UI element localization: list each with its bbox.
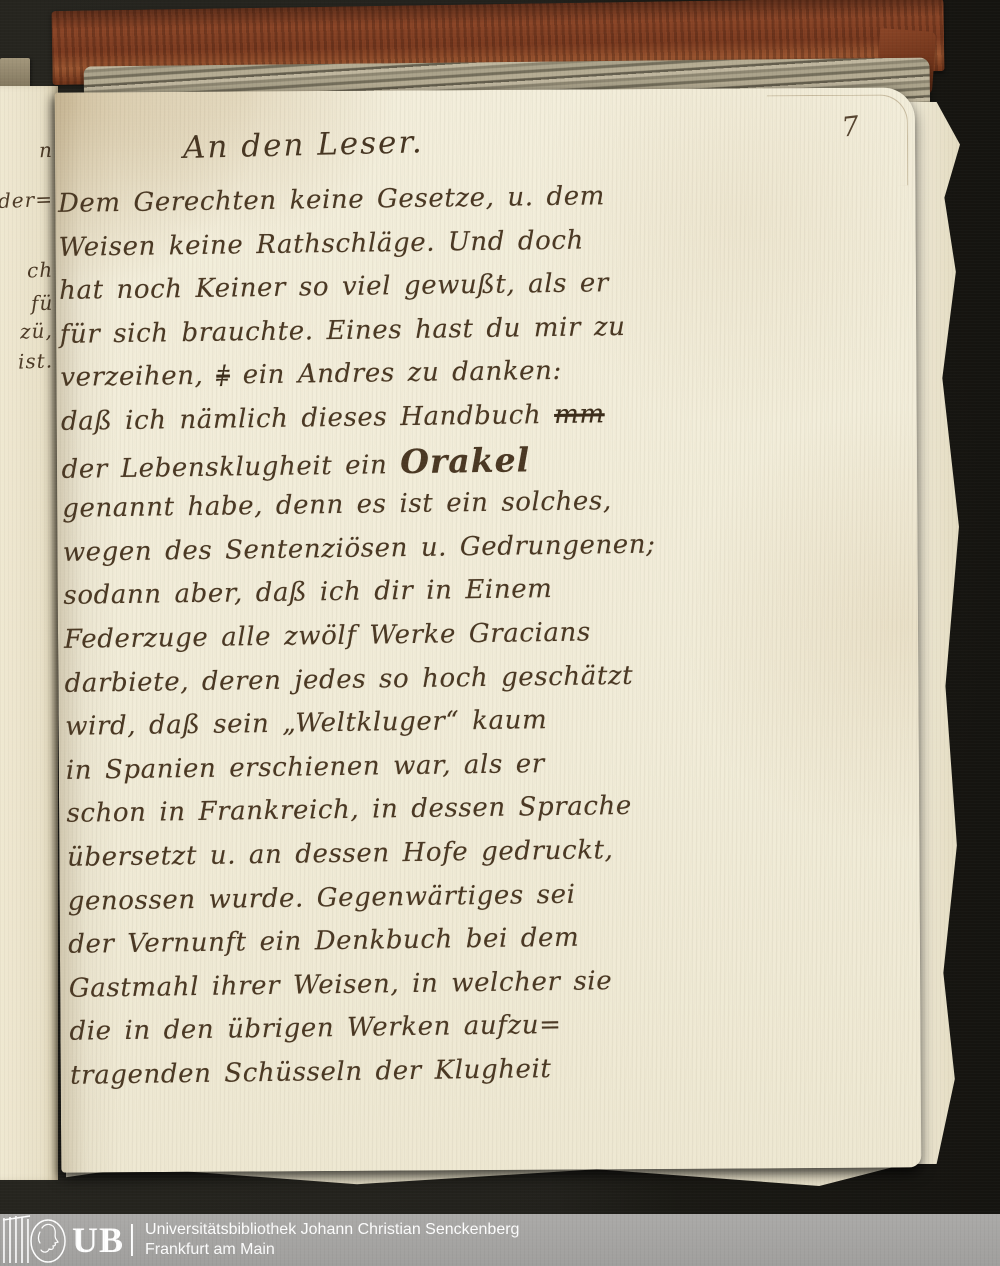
manuscript-line: die in den übrigen Werken aufzu=: [69, 1003, 640, 1055]
manuscript-line: hat noch Keiner so viel gewußt, als er: [59, 262, 630, 314]
footer-institution: Universitätsbibliothek Johann Christian …: [145, 1220, 519, 1260]
left-page-strip: nder=chfüzü,ist.: [0, 86, 58, 1180]
logo-divider: [131, 1224, 133, 1256]
left-page-fragment: fü: [30, 291, 53, 316]
manuscript-heading: An den Leser.: [183, 124, 424, 166]
page-corner-crease: [767, 94, 909, 186]
left-page-fragment: ist.: [18, 348, 54, 373]
manuscript-line: Dem Gerechten keine Gesetze, u. dem: [58, 175, 629, 227]
left-page-fragment: n: [39, 138, 54, 162]
manuscript-line: übersetzt u. an dessen Hofe gedruckt,: [67, 829, 638, 881]
left-page-fragment: zü,: [20, 318, 54, 343]
manuscript-line: schon in Frankreich, in dessen Sprache: [66, 785, 637, 837]
portrait-icon: [26, 1214, 70, 1266]
footer-bar: UB Universitätsbibliothek Johann Christi…: [0, 1214, 1000, 1266]
manuscript-line: sodann aber, daß ich dir in Einem: [63, 567, 634, 619]
page-number: 7: [840, 111, 861, 144]
manuscript-line: daß ich nämlich dieses Handbuch mm: [61, 393, 632, 445]
manuscript-line: genannt habe, denn es ist ein solches,: [62, 480, 633, 532]
manuscript-lines: Dem Gerechten keine Gesetze, u. demWeise…: [58, 175, 641, 1098]
footer-institution-line2: Frankfurt am Main: [145, 1240, 519, 1260]
manuscript-line: darbiete, deren jedes so hoch geschätzt: [64, 654, 635, 706]
footer-institution-line1: Universitätsbibliothek Johann Christian …: [145, 1220, 519, 1240]
manuscript-line: tragenden Schüsseln der Klugheit: [70, 1047, 641, 1099]
left-page-fragment: ch: [26, 258, 53, 283]
manuscript-line: Federzuge alle zwölf Werke Gracians: [64, 611, 635, 663]
ub-logo-text: UB: [72, 1214, 124, 1266]
manuscript-line: der Vernunft ein Denkbuch bei dem: [68, 916, 639, 968]
left-page-fragment: der=: [0, 187, 53, 213]
manuscript-page: 7 An den Leser. Dem Gerechten keine Gese…: [55, 87, 922, 1172]
